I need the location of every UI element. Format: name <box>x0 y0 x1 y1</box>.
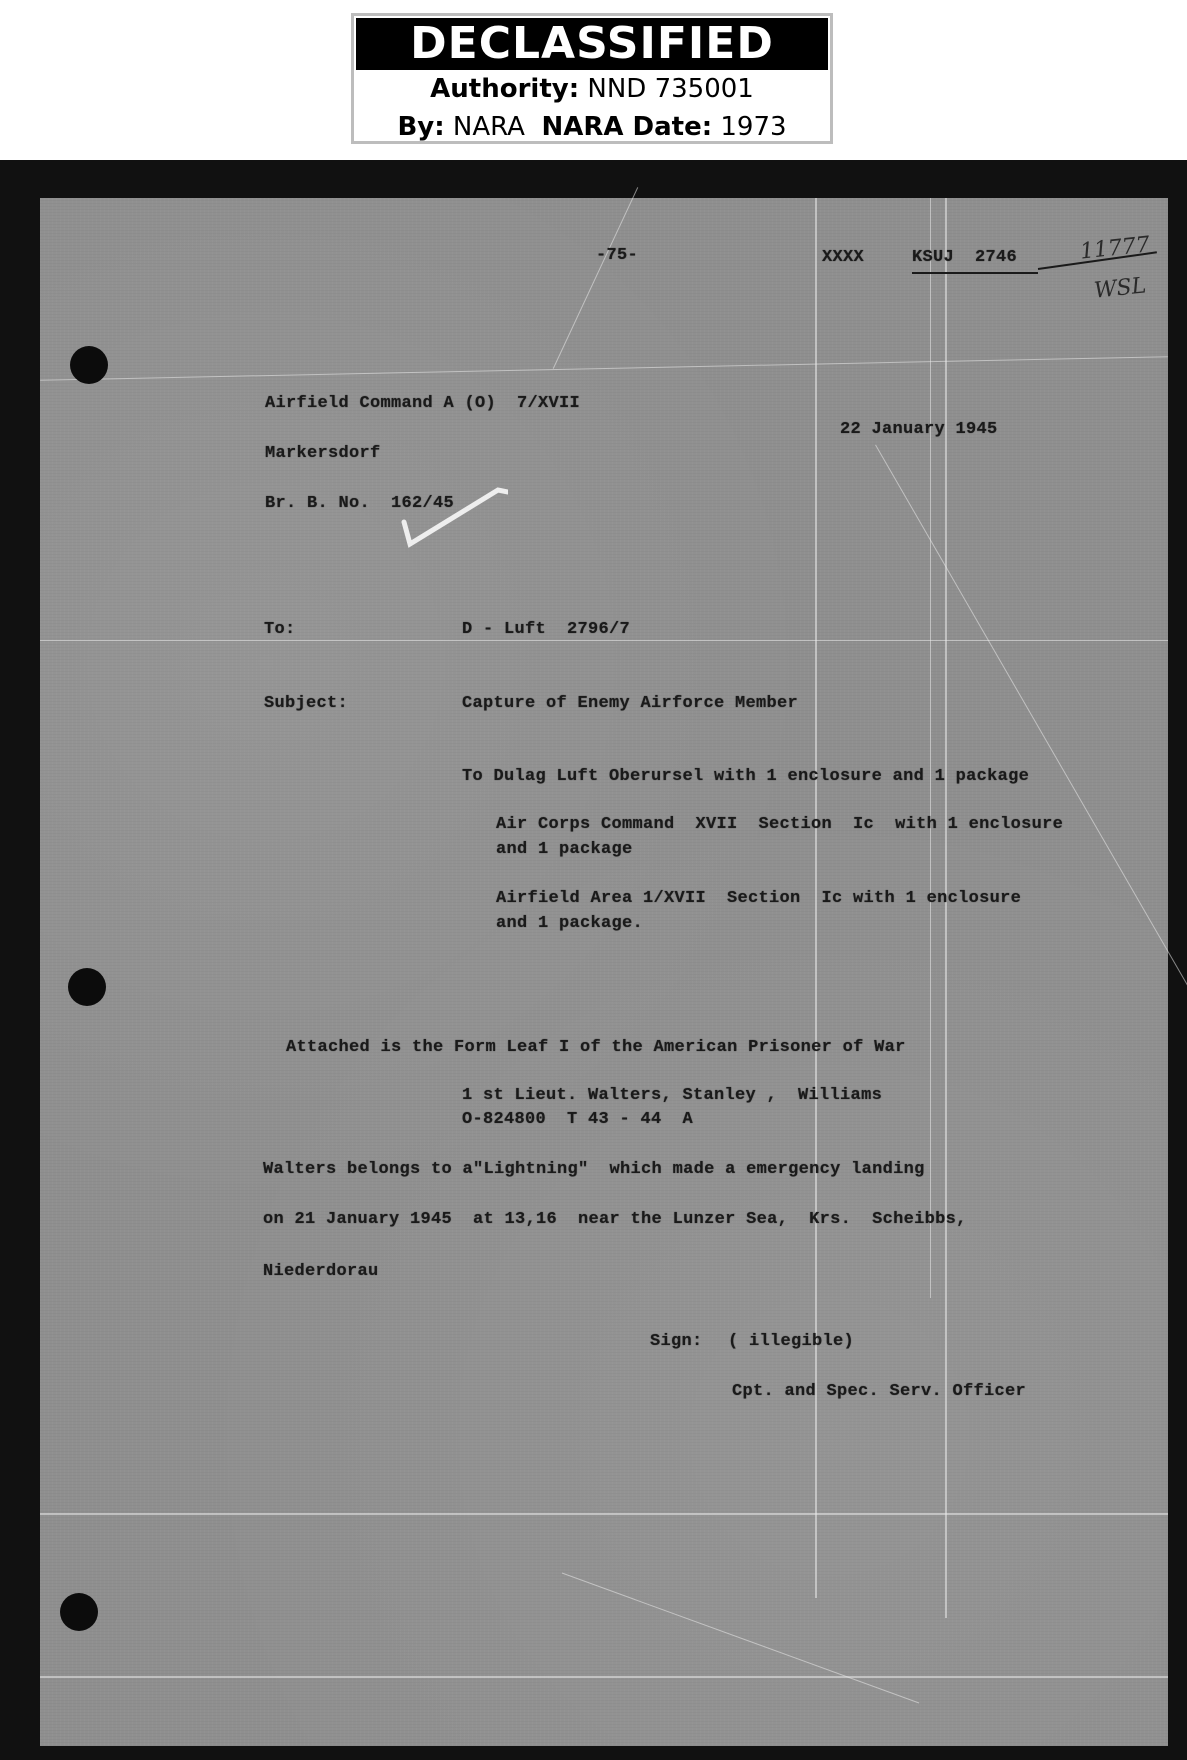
page-number: -75- <box>596 246 638 265</box>
distribution-line: Air Corps Command XVII Section Ic with 1… <box>496 815 1063 834</box>
scratch <box>40 1676 1168 1678</box>
stamp-authority: Authority: NND 735001 <box>354 70 830 108</box>
distribution-line: and 1 package <box>496 840 633 859</box>
scratch <box>930 198 931 1298</box>
struck-code: XXXX <box>822 248 864 267</box>
to-value: D - Luft 2796/7 <box>462 620 630 639</box>
body-intro: Attached is the Form Leaf I of the Ameri… <box>286 1038 906 1057</box>
scratch <box>40 1513 1168 1515</box>
punch-hole <box>68 968 106 1006</box>
subject-value: Capture of Enemy Airforce Member <box>462 694 798 713</box>
scratch <box>40 640 1168 641</box>
scratch <box>553 187 638 369</box>
body-line-2: on 21 January 1945 at 13,16 near the Lun… <box>263 1210 967 1229</box>
document-date: 22 January 1945 <box>840 420 998 439</box>
scratch <box>562 1573 919 1704</box>
stamp-title: DECLASSIFIED <box>356 18 828 70</box>
declassified-stamp: DECLASSIFIED Authority: NND 735001 By: N… <box>351 13 833 144</box>
distribution-line: To Dulag Luft Oberursel with 1 enclosure… <box>462 767 1029 786</box>
distribution-line: and 1 package. <box>496 914 643 933</box>
distribution-line: Airfield Area 1/XVII Section Ic with 1 e… <box>496 889 1021 908</box>
sender-line-2: Markersdorf <box>265 444 381 463</box>
file-code-underline <box>912 272 1038 274</box>
punch-hole <box>70 346 108 384</box>
signature-title: Cpt. and Spec. Serv. Officer <box>732 1382 1026 1401</box>
signature-value: ( illegible) <box>728 1332 854 1351</box>
prisoner-name: 1 st Lieut. Walters, Stanley , Williams <box>462 1086 882 1105</box>
stamp-by-date: By: NARA NARA Date: 1973 <box>354 108 830 146</box>
punch-hole <box>60 1593 98 1631</box>
scratch <box>945 198 947 1618</box>
scratch <box>875 445 1187 1052</box>
body-line-3: Niederdorau <box>263 1262 379 1281</box>
document-page <box>40 198 1168 1746</box>
prisoner-number: O-824800 T 43 - 44 A <box>462 1110 693 1129</box>
to-label: To: <box>264 620 296 639</box>
file-code: KSUJ 2746 <box>912 248 1017 267</box>
subject-label: Subject: <box>264 694 348 713</box>
sender-line-1: Airfield Command A (O) 7/XVII <box>265 394 580 413</box>
checkmark-icon <box>398 480 508 550</box>
body-line-1: Walters belongs to a"Lightning" which ma… <box>263 1160 925 1179</box>
signature-label: Sign: <box>650 1332 703 1351</box>
scratch <box>40 356 1168 381</box>
